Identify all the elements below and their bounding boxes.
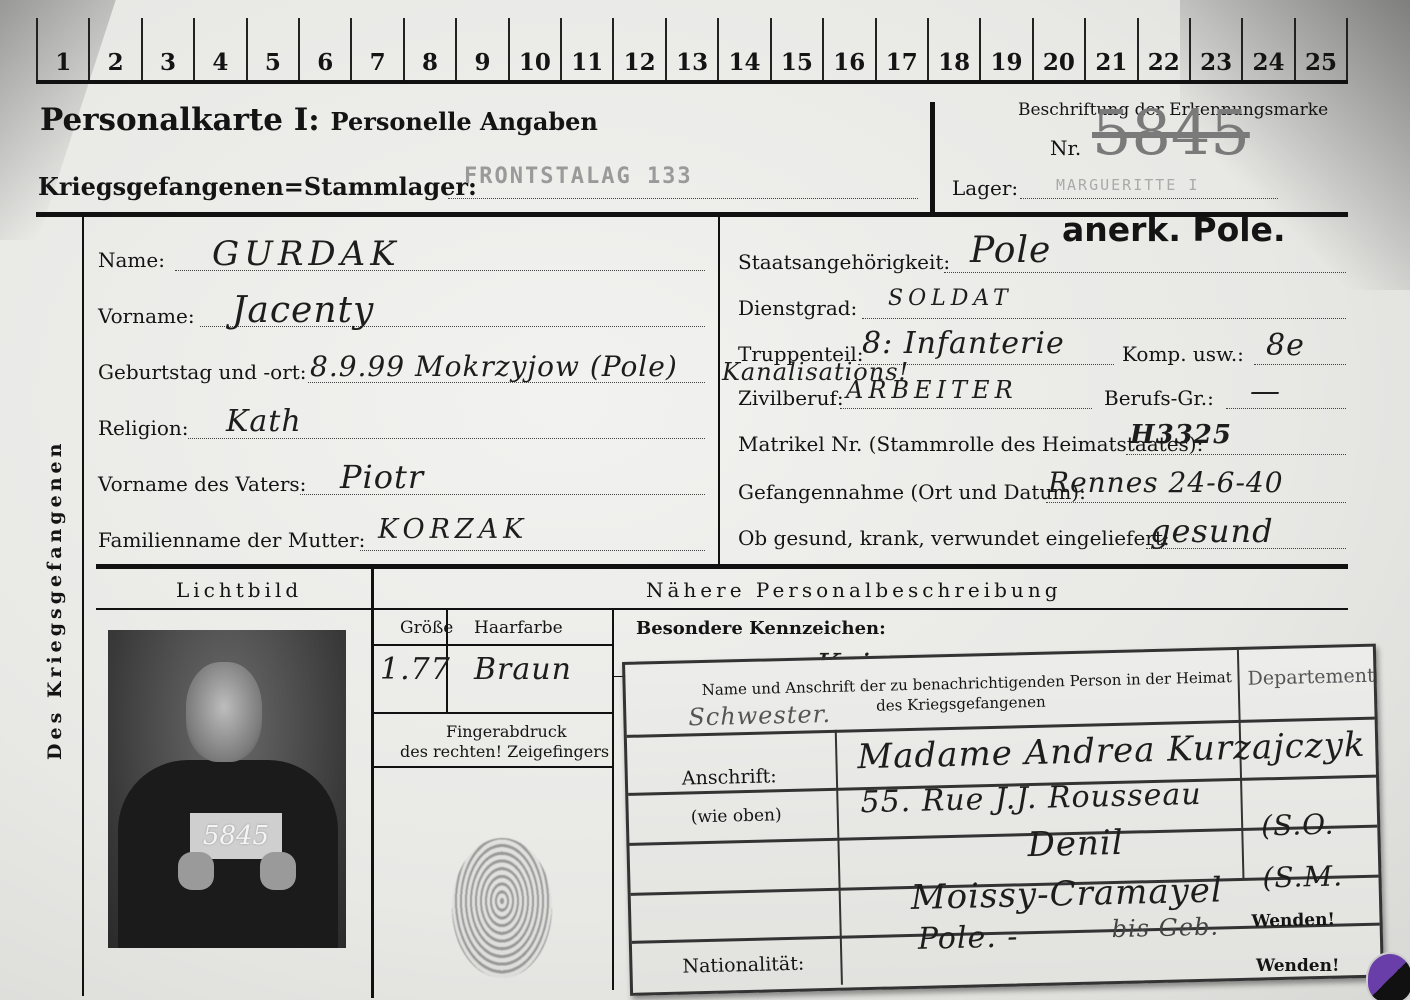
haar-value: Braun: [474, 652, 572, 687]
dotted-line: [1226, 408, 1346, 409]
dotted-line: [360, 550, 705, 551]
dotted-line: [1020, 198, 1278, 199]
finger-label: Fingerabdruck: [446, 722, 567, 741]
ruler-cell: 25: [1294, 18, 1348, 80]
dotted-line: [1126, 454, 1346, 455]
gefangen-label: Gefangennahme (Ort und Datum):: [738, 480, 1086, 504]
vorname-label: Vorname:: [98, 304, 195, 328]
ruler-cell: 23: [1189, 18, 1241, 80]
finger-label-2: des rechten! Zeigefingers: [400, 742, 609, 761]
ruler-cell: 9: [455, 18, 507, 80]
side-label: Des Kriegsgefangenen: [44, 440, 66, 760]
komp-value: 8e: [1266, 328, 1305, 363]
ruler-cell: 18: [927, 18, 979, 80]
ruler-cell: 13: [665, 18, 717, 80]
staat-label: Staatsangehörigkeit:: [738, 250, 950, 274]
matrikel-value: H3325: [1130, 420, 1232, 450]
dotted-line: [840, 408, 1092, 409]
ruler-cell: 17: [875, 18, 927, 80]
berufs-value: —: [1250, 374, 1281, 409]
nationalitaet-label: Nationalität:: [682, 953, 804, 978]
komp-label: Komp. usw.:: [1122, 342, 1244, 366]
groesse-value: 1.77: [380, 652, 451, 687]
nationalitaet-note: bis Geb.: [1111, 912, 1219, 943]
slip-header-2: des Kriegsgefangenen: [876, 693, 1046, 715]
gesund-label: Ob gesund, krank, verwundet eingeliefert…: [738, 526, 1170, 550]
haar-label: Haarfarbe: [474, 618, 563, 638]
truppenteil-value: 8: Infanterie: [862, 326, 1065, 361]
ruler-cell: 12: [612, 18, 664, 80]
ruler-cell: 10: [508, 18, 560, 80]
divider: [371, 568, 374, 998]
geburt-label: Geburtstag und -ort:: [98, 360, 307, 384]
ruler-cell: 22: [1137, 18, 1189, 80]
wenden-label-2: Wenden!: [1256, 956, 1339, 976]
ruler-cell: 24: [1241, 18, 1293, 80]
dotted-line: [448, 198, 918, 199]
ruler-cell: 1: [36, 18, 88, 80]
lager-label: Lager:: [952, 176, 1018, 200]
title-sub: Personelle Angaben: [331, 107, 598, 136]
ruler-cell: 8: [403, 18, 455, 80]
dotted-line: [862, 318, 1346, 319]
prisoner-photo: 5845: [108, 630, 346, 948]
ruler-cell: 11: [560, 18, 612, 80]
stammlager-label: Kriegsgefangenen=Stammlager:: [38, 172, 477, 201]
name-label: Name:: [98, 248, 165, 272]
ruler-cell: 2: [88, 18, 140, 80]
contact-slip: Name und Anschrift der zu benachrichtige…: [622, 644, 1384, 996]
ruler-cell: 7: [350, 18, 402, 80]
title-main: Personalkarte I:: [40, 102, 320, 138]
wie-oben-label: (wie oben): [691, 805, 782, 827]
department-2: (S.M.: [1262, 859, 1343, 894]
contact-name: Madame Andrea Kurzajczyk: [857, 725, 1366, 777]
divider: [96, 608, 371, 610]
ruler-cell: 5: [246, 18, 298, 80]
nr-label: Nr.: [1050, 136, 1081, 160]
ruler-cell: 21: [1084, 18, 1136, 80]
staat-value: Pole: [970, 230, 1051, 271]
department-label: Departement: [1247, 665, 1375, 690]
gefangen-value: Rennes 24-6-40: [1048, 466, 1284, 499]
relation-value: Schwester.: [688, 700, 831, 731]
religion-label: Religion:: [98, 416, 189, 440]
nationalitaet-value: Pole. -: [917, 919, 1018, 956]
section-title: Nähere Personalbeschreibung: [646, 578, 1062, 602]
dotted-line: [1254, 364, 1346, 365]
ruler-cell: 20: [1032, 18, 1084, 80]
ruler-cell: 19: [979, 18, 1031, 80]
divider: [930, 102, 935, 214]
ruler-cell: 3: [141, 18, 193, 80]
divider: [82, 216, 84, 996]
street-value: 55. Rue J.J. Rousseau: [860, 777, 1202, 820]
berufs-label: Berufs-Gr.:: [1104, 386, 1214, 410]
department-1: (S.O.: [1261, 808, 1335, 843]
divider: [374, 608, 1348, 610]
vorname-value: Jacenty: [232, 290, 374, 331]
geburt-value: 8.9.99 Mokrzyjow (Pole): [310, 350, 678, 383]
ruler-cell: 16: [822, 18, 874, 80]
name-value: GURDAK: [212, 234, 401, 274]
mutter-label: Familienname der Mutter:: [98, 528, 365, 552]
tag-number: 5845: [1092, 96, 1250, 169]
ruler-cell: 14: [717, 18, 769, 80]
fingerprint: [452, 838, 552, 978]
divider: [374, 712, 612, 714]
status-stamp: anerk. Pole.: [1062, 210, 1285, 249]
divider: [374, 644, 612, 646]
mutter-value: KORZAK: [378, 514, 528, 545]
page-title: Personalkarte I: Personelle Angaben: [40, 102, 598, 138]
stammlager-stamp: FRONTSTALAG 133: [464, 164, 693, 189]
religion-value: Kath: [226, 404, 302, 439]
vater-label: Vorname des Vaters:: [98, 472, 306, 496]
pow-personnel-card: 1234567891011121314151617181920212223242…: [0, 0, 1410, 1000]
divider: [374, 766, 612, 768]
gesund-value: gesund: [1150, 512, 1274, 550]
dotted-line: [944, 272, 1346, 273]
anschrift-label: Anschrift:: [682, 765, 777, 789]
divider: [718, 216, 720, 564]
lichtbild-label: Lichtbild: [176, 578, 302, 602]
lager-stamp: MARGUERITTE I: [1056, 176, 1199, 194]
divider: [612, 610, 614, 990]
dienstgrad-label: Dienstgrad:: [738, 296, 857, 320]
zivil-value: ARBEITER: [846, 376, 1018, 404]
kennzeichen-label: Besondere Kennzeichen:: [636, 618, 886, 639]
zivil-label: Zivilberuf:: [738, 386, 844, 410]
ruler-cell: 6: [298, 18, 350, 80]
ruler-cell: 15: [770, 18, 822, 80]
index-ruler: 1234567891011121314151617181920212223242…: [36, 18, 1348, 84]
dienstgrad-value: SOLDAT: [888, 286, 1013, 311]
wenden-label: Wenden!: [1251, 910, 1335, 932]
city-value: Moissy-Cramayel: [910, 870, 1223, 918]
archive-emblem: [1366, 952, 1410, 1000]
divider: [96, 564, 1348, 569]
ruler-cell: 4: [193, 18, 245, 80]
dotted-line: [1046, 502, 1346, 503]
vater-value: Piotr: [340, 458, 424, 496]
town-value: Denil: [1027, 823, 1124, 865]
